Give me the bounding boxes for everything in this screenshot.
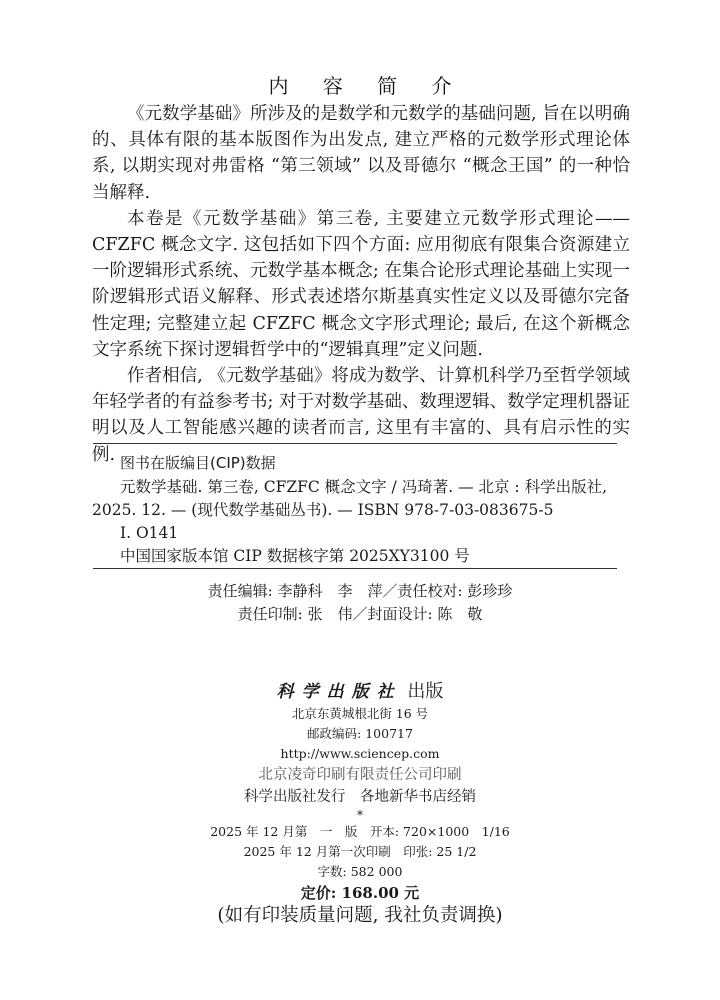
cip-bottom-divider — [93, 568, 617, 569]
cip-line-3: I. O141 — [92, 522, 632, 545]
publisher-website[interactable]: http://www.sciencep.com — [0, 744, 720, 764]
publisher-logo: 科学出版社 — [277, 682, 402, 702]
word-count: 字数: 582 000 — [0, 862, 720, 882]
cip-line-4: 中国国家版本馆 CIP 数据核字第 2025XY3100 号 — [92, 545, 632, 568]
publisher-line: 科学出版社 出版 — [0, 680, 720, 704]
separator-star: * — [0, 808, 720, 822]
distribution-line: 科学出版社发行 各地新华书店经销 — [0, 786, 720, 808]
quality-notice: (如有印装质量问题, 我社负责调换) — [0, 904, 720, 928]
summary-heading: 内 容 简 介 — [0, 70, 720, 99]
summary-paragraph-2: 本卷是《元数学基础》第三卷, 主要建立元数学形式理论——CFZFC 概念文字. … — [92, 206, 630, 363]
printing-line: 2025 年 12 月第一次印刷 印张: 25 1/2 — [0, 842, 720, 862]
cip-top-divider — [93, 443, 617, 444]
edition-line: 2025 年 12 月第 一 版 开本: 720×1000 1/16 — [0, 822, 720, 842]
colophon: 科学出版社 出版 北京东黄城根北街 16 号 邮政编码: 100717 http… — [0, 680, 720, 928]
price: 定价: 168.00 元 — [0, 882, 720, 904]
publisher-suffix: 出版 — [407, 681, 443, 702]
publisher-postcode: 邮政编码: 100717 — [0, 724, 720, 744]
staff-line-production: 责任印制: 张 伟／封面设计: 陈 敬 — [0, 603, 720, 626]
summary-body: 《元数学基础》所涉及的是数学和元数学的基础问题, 旨在以明确的、具体有限的基本版… — [92, 101, 630, 468]
cip-line-1: 元数学基础. 第三卷, CFZFC 概念文字 / 冯琦著. — 北京 : 科学出… — [92, 476, 632, 499]
publisher-address: 北京东黄城根北街 16 号 — [0, 704, 720, 724]
cip-block: 图书在版编目(CIP)数据 元数学基础. 第三卷, CFZFC 概念文字 / 冯… — [92, 452, 632, 568]
cip-line-2: 2025. 12. — (现代数学基础丛书). — ISBN 978-7-03-… — [92, 499, 632, 522]
printer-line: 北京凌奇印刷有限责任公司印刷 — [0, 764, 720, 786]
staff-credits: 责任编辑: 李静科 李 萍／责任校对: 彭珍珍 责任印制: 张 伟／封面设计: … — [0, 580, 720, 626]
summary-paragraph-1: 《元数学基础》所涉及的是数学和元数学的基础问题, 旨在以明确的、具体有限的基本版… — [92, 101, 630, 206]
copyright-page: 内 容 简 介 《元数学基础》所涉及的是数学和元数学的基础问题, 旨在以明确的、… — [0, 0, 720, 1000]
cip-title: 图书在版编目(CIP)数据 — [92, 452, 632, 475]
staff-line-editors: 责任编辑: 李静科 李 萍／责任校对: 彭珍珍 — [0, 580, 720, 603]
